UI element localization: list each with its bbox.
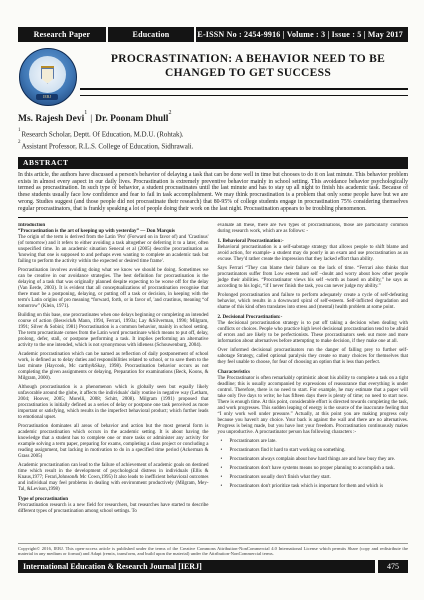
left-column: Introduction“Procrastination is the art … (18, 223, 209, 541)
paragraph: Behavioral procrastination is a self-sab… (218, 245, 409, 263)
paragraph: Over informed decisional procrastinators… (218, 348, 409, 366)
journal-logo: IERJ (18, 47, 80, 107)
author-name: Dr. Poonam Dhull (95, 114, 168, 124)
authors-line: Ms. Rajesh Devi1|Dr. Poonam Dhull2 (18, 113, 408, 124)
paragraph: The decisional procrastination strategy … (218, 321, 409, 345)
body-columns: Introduction“Procrastination is the art … (18, 223, 408, 541)
bullet-item: Procrastinators always complain about ho… (228, 457, 409, 463)
abstract-heading-bar: ABSTRACT (18, 157, 408, 169)
affiliation-marker: 1 (18, 128, 22, 133)
title-block: PROCRASTINATION: A BEHAVIOR NEED TO BE C… (80, 47, 408, 107)
affiliation-line: 2Assistant Professor, R.L.S. College of … (18, 140, 408, 152)
paragraph: Procrastination research is a new field … (18, 503, 209, 515)
affiliation-marker: 2 (18, 140, 22, 145)
author-separator: | (87, 114, 95, 124)
paragraph: evaluate all these, there are two types … (218, 223, 409, 235)
paragraph: Academic procrastination which can be na… (18, 352, 209, 382)
bullet-item: Procrastinators find it hard to start wo… (228, 448, 409, 454)
subject-badge: Education (108, 27, 194, 42)
paper-page: Research Paper Education E-ISSN No : 245… (0, 0, 424, 600)
author-affil-marker: 2 (168, 110, 171, 116)
bullet-list: Procrastinators are late.Procrastinators… (218, 439, 409, 490)
logo-emblem (29, 56, 66, 93)
affiliation-text: Research Scholar, Deptt. Of Education, M… (22, 130, 184, 138)
abstract-text: In this article, the authors have discus… (18, 172, 408, 213)
paper-type-badge: Research Paper (18, 27, 106, 42)
shield-icon (41, 66, 54, 84)
paragraph: The Procrastinator is often remarkably o… (218, 376, 409, 436)
copyright-notice: Copyright© 2016, IERJ. This open-access … (18, 546, 408, 557)
issn-volume-info: E-ISSN No : 2454-9916 | Volume : 3 | Iss… (196, 27, 408, 42)
paragraph: Prolonged procrastination and failure to… (218, 293, 409, 311)
bullet-item: Procrastinators don't have systems means… (228, 466, 409, 472)
paragraph: Procrastination dominates all areas of b… (18, 424, 209, 460)
paragraph: Academic procrastination can lead to the… (18, 463, 209, 493)
page-number: 475 (378, 560, 408, 573)
affiliations: 1Research Scholar, Deptt. Of Education, … (18, 128, 408, 152)
footer-divider (18, 543, 408, 544)
author-affil-marker: 1 (84, 110, 87, 116)
author-name: Ms. Rajesh Devi (18, 114, 84, 124)
page-title: PROCRASTINATION: A BEHAVIOR NEED TO BE C… (80, 47, 408, 80)
affiliation-line: 1Research Scholar, Deptt. Of Education, … (18, 128, 408, 140)
bullet-item: Procrastinators are late. (228, 439, 409, 445)
bullet-item: Procrastinators usually don't finish wha… (228, 475, 409, 481)
paragraph: Procrastination involves avoiding doing … (18, 268, 209, 310)
right-column: evaluate all these, there are two types … (218, 223, 409, 541)
paragraph: Says Ferrari “They can blame their failu… (218, 266, 409, 290)
paragraph: Building on this base, one procrastinate… (18, 313, 209, 349)
paragraph: Although procrastination is a phenomenon… (18, 385, 209, 421)
paragraph: The origin of the term is derived from t… (18, 235, 209, 265)
logo-acronym: IERJ (36, 94, 58, 100)
journal-name: International Education & Research Journ… (18, 560, 375, 573)
affiliation-text: Assistant Professor, R.L.S. College of E… (22, 142, 194, 150)
title-divider (80, 88, 408, 96)
journal-footer-bar: International Education & Research Journ… (18, 560, 408, 573)
bullet-item: Procrastinators don't prioritize task wh… (228, 484, 409, 490)
journal-header-bar: Research Paper Education E-ISSN No : 245… (18, 27, 408, 42)
abstract-divider (18, 217, 408, 218)
title-row: IERJ PROCRASTINATION: A BEHAVIOR NEED TO… (18, 47, 408, 107)
